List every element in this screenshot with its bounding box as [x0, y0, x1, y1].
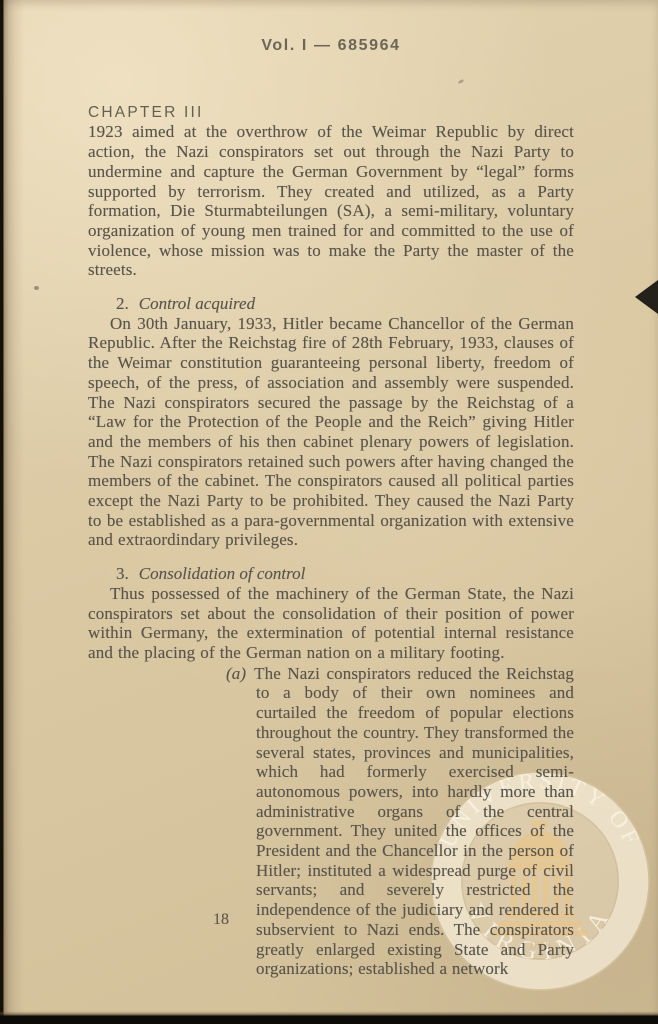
subitem-label: (a)	[226, 664, 246, 683]
section-heading-control-acquired: 2.Control acquired	[116, 294, 574, 314]
paper-speck	[34, 286, 39, 290]
section-title: Consolidation of control	[139, 564, 306, 583]
scanned-book-page: UNIVERSITY OF VIRGINIA 1819 Vol. I — 685…	[0, 0, 658, 1024]
subitem-paragraph-a: (a)The Nazi conspirators reduced the Rei…	[226, 664, 574, 979]
binding-gutter-shadow	[0, 0, 24, 1024]
page-content: Vol. I — 685964 CHAPTER III 1923 aimed a…	[88, 0, 574, 979]
page-number: 18	[0, 911, 464, 929]
section-paragraph-control-acquired: On 30th January, 1933, Hitler became Cha…	[88, 314, 574, 550]
subitem-text: The Nazi conspirators reduced the Reichs…	[254, 664, 574, 979]
page-bottom-edge	[0, 1011, 658, 1024]
section-number: 2.	[116, 294, 129, 313]
chapter-heading: CHAPTER III	[88, 56, 574, 123]
section-paragraph-consolidation: Thus possessed of the machinery of the G…	[88, 584, 574, 663]
section-number: 3.	[116, 564, 129, 583]
edge-notch-mark	[635, 280, 658, 314]
volume-header: Vol. I — 685964	[88, 0, 574, 56]
section-heading-consolidation: 3.Consolidation of control	[116, 564, 574, 584]
intro-paragraph: 1923 aimed at the overthrow of the Weima…	[88, 122, 574, 280]
section-title: Control acquired	[139, 294, 255, 313]
